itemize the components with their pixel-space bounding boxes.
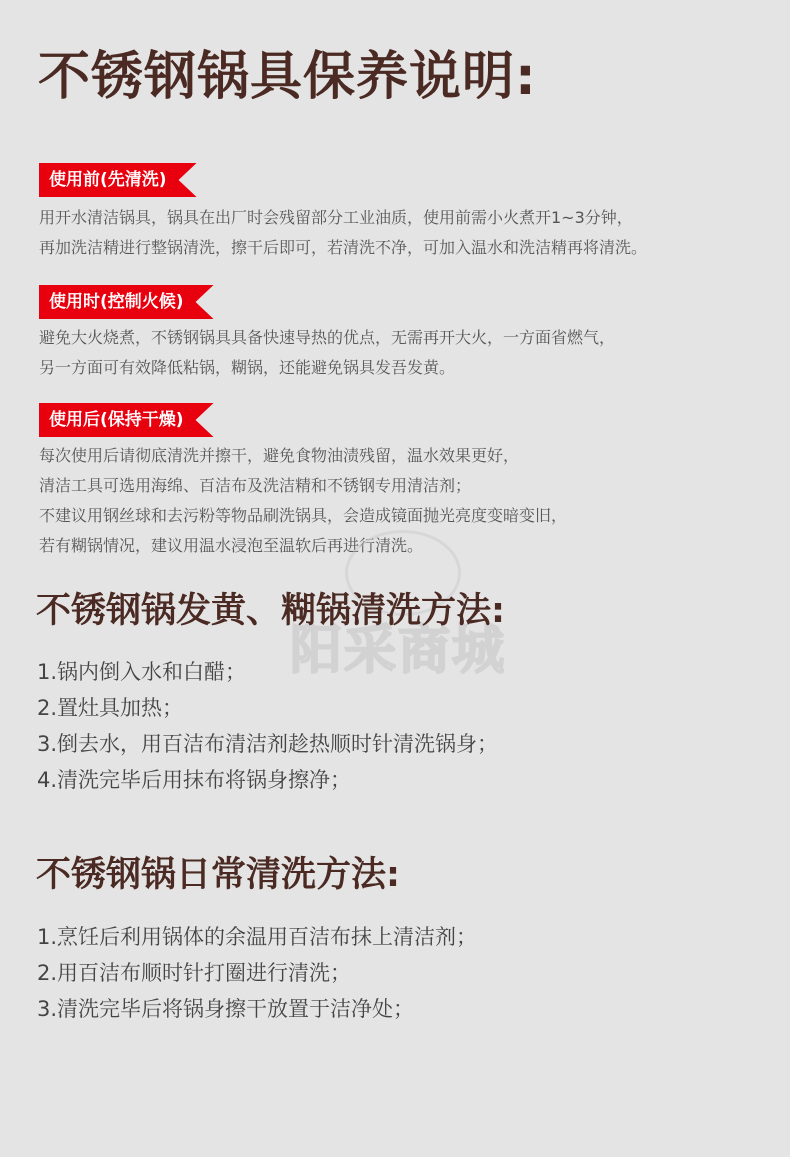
yellowing-section-title: 不锈钢锅发黄、糊锅清洗方法: [36,588,505,634]
after-use-text: 每次使用后请彻底清洗并擦干，避免食物油渍残留，温水效果更好， 清洁工具可选用海绵… [39,441,567,561]
ribbon-during-use: 使用时(控制火候) [39,285,214,319]
page-title: 不锈钢锅具保养说明: [38,46,537,108]
daily-steps-list: 1.烹饪后利用锅体的余温用百洁布抹上清洁剂； 2.用百洁布顺时针打圈进行清洗； … [37,919,477,1027]
daily-section-title: 不锈钢锅日常清洗方法: [36,852,400,898]
text-line: 不建议用钢丝球和去污粉等物品刷洗锅具，会造成镜面抛光亮度变暗变旧， [39,501,567,531]
list-item: 3.倒去水，用百洁布清洁剂趁热顺时针清洗锅身； [37,726,498,762]
before-use-text: 用开水清洁锅具，锅具在出厂时会残留部分工业油质，使用前需小火煮开1~3分钟， 再… [39,203,647,263]
ribbon-before-use: 使用前(先清洗) [39,163,197,197]
list-item: 3.清洗完毕后将锅身擦干放置于洁净处； [37,991,477,1027]
text-line: 避免大火烧煮，不锈钢锅具具备快速导热的优点，无需再开大火，一方面省燃气， [39,323,615,353]
text-line: 每次使用后请彻底清洗并擦干，避免食物油渍残留，温水效果更好， [39,441,567,471]
text-line: 用开水清洁锅具，锅具在出厂时会残留部分工业油质，使用前需小火煮开1~3分钟， [39,203,647,233]
list-item: 1.锅内倒入水和白醋； [37,654,498,690]
text-line: 再加洗洁精进行整锅清洗，擦干后即可，若清洗不净，可加入温水和洗洁精再将清洗。 [39,233,647,263]
during-use-text: 避免大火烧煮，不锈钢锅具具备快速导热的优点，无需再开大火，一方面省燃气， 另一方… [39,323,615,383]
list-item: 4.清洗完毕后用抹布将锅身擦净； [37,762,498,798]
yellowing-steps-list: 1.锅内倒入水和白醋； 2.置灶具加热； 3.倒去水，用百洁布清洁剂趁热顺时针清… [37,654,498,798]
ribbon-after-use: 使用后(保持干燥) [39,403,214,437]
list-item: 2.用百洁布顺时针打圈进行清洗； [37,955,477,991]
text-line: 另一方面可有效降低粘锅，糊锅，还能避免锅具发吾发黄。 [39,353,615,383]
list-item: 2.置灶具加热； [37,690,498,726]
text-line: 若有糊锅情况，建议用温水浸泡至温软后再进行清洗。 [39,531,567,561]
list-item: 1.烹饪后利用锅体的余温用百洁布抹上清洁剂； [37,919,477,955]
text-line: 清洁工具可选用海绵、百洁布及洗洁精和不锈钢专用清洁剂； [39,471,567,501]
